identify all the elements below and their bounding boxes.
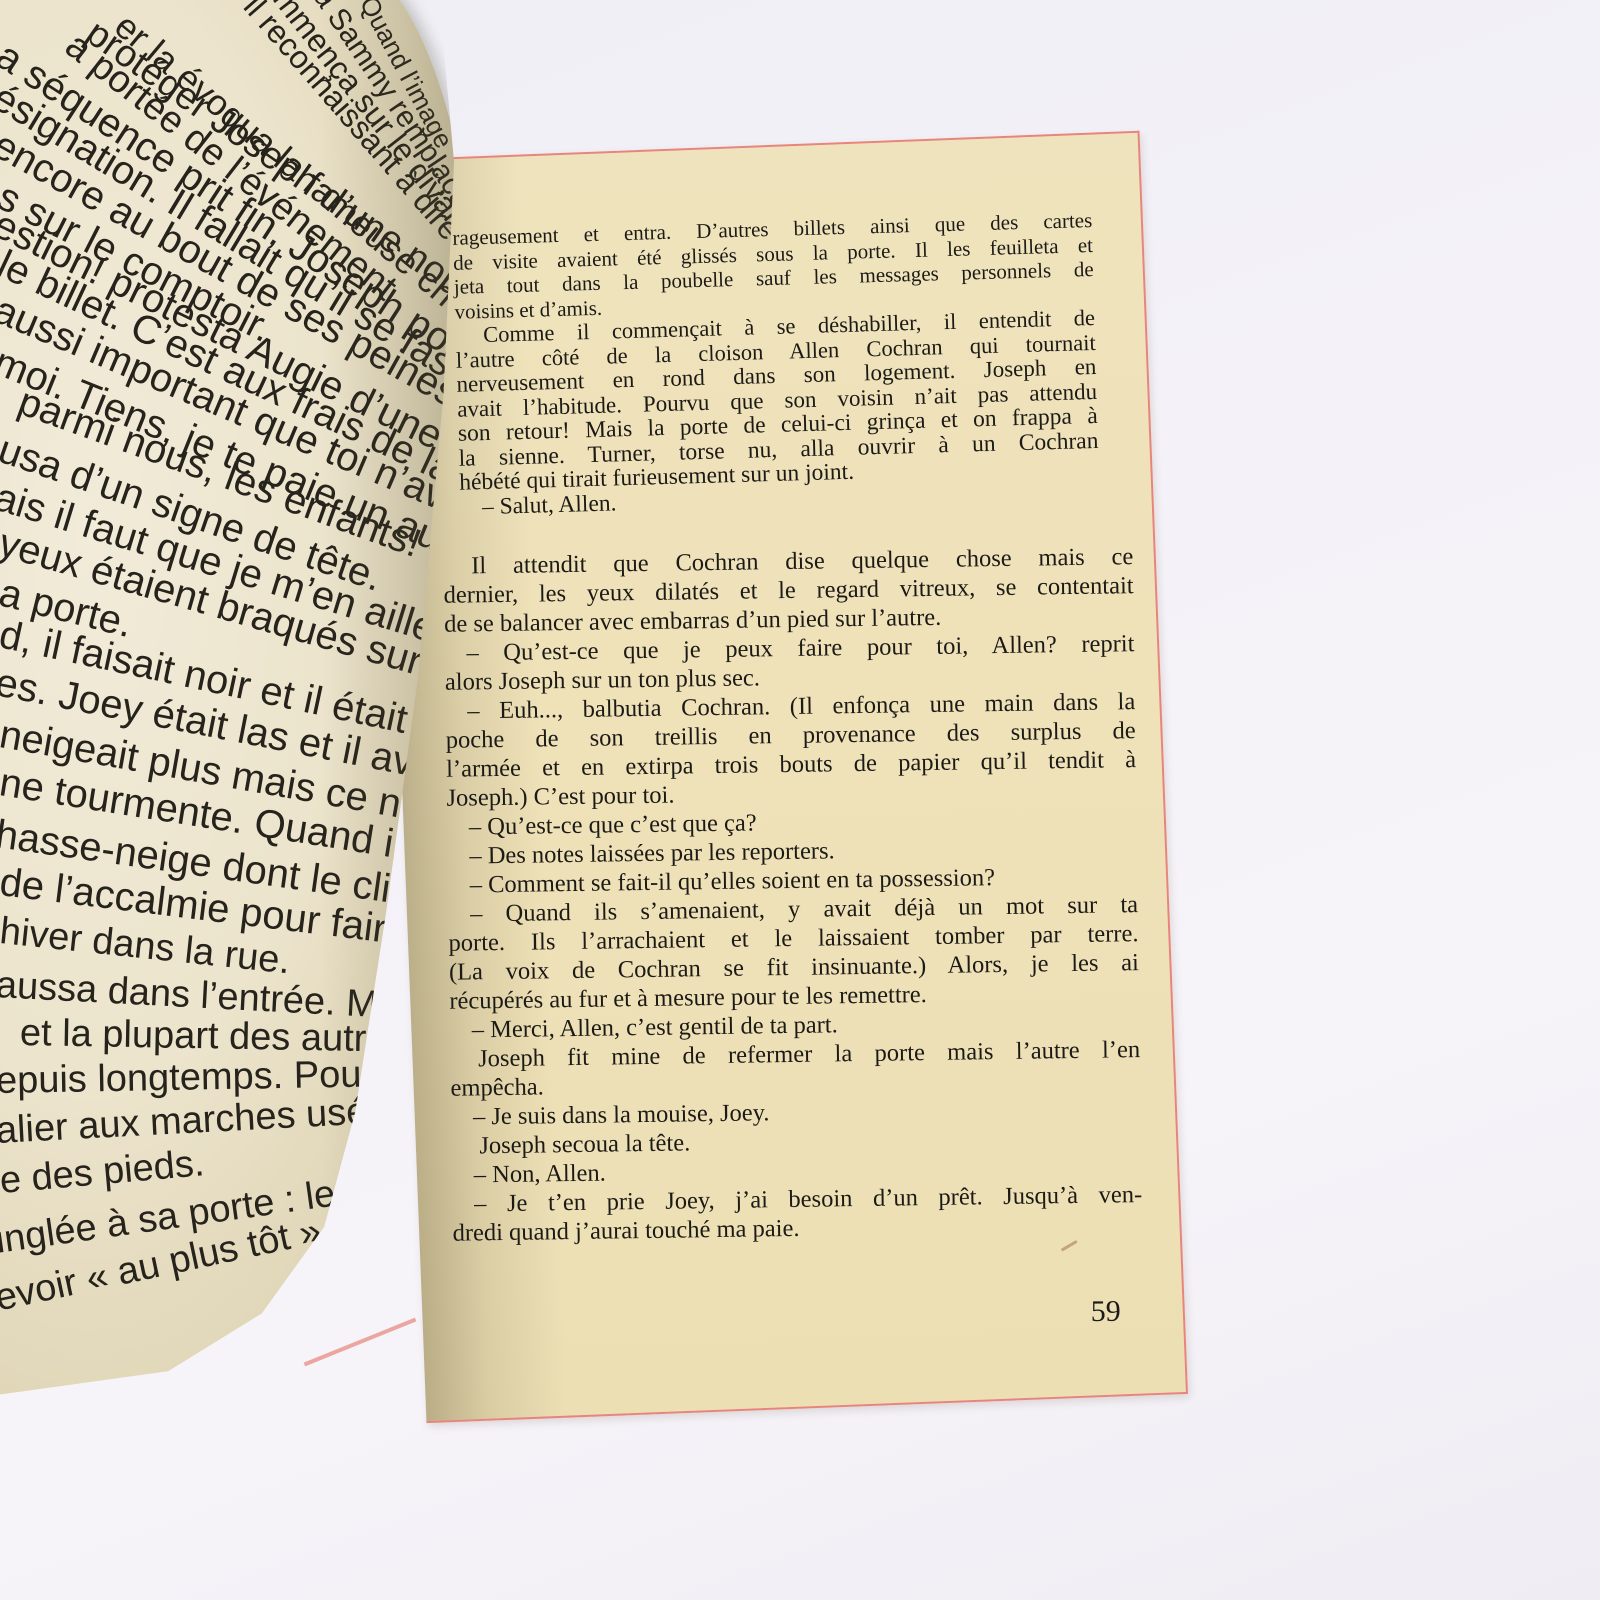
photo-scene: rageusement et entra. D’autres billets a… [0,0,1600,1600]
left-page-edge [304,1318,417,1367]
left-text-line: epuis longtemps. Pour ne [0,1052,427,1103]
right-page: rageusement et entra. D’autres billets a… [378,131,1188,1423]
left-page: t Quand l’image a Sammy remplaça mmença … [0,0,480,1400]
right-page-text-top: rageusement et entra. D’autres billets a… [452,208,1100,520]
paper-speck [1061,1240,1078,1252]
right-page-text-main: Il attendit que Cochran dise quelque cho… [443,542,1143,1248]
page-number: 59 [1091,1295,1121,1329]
